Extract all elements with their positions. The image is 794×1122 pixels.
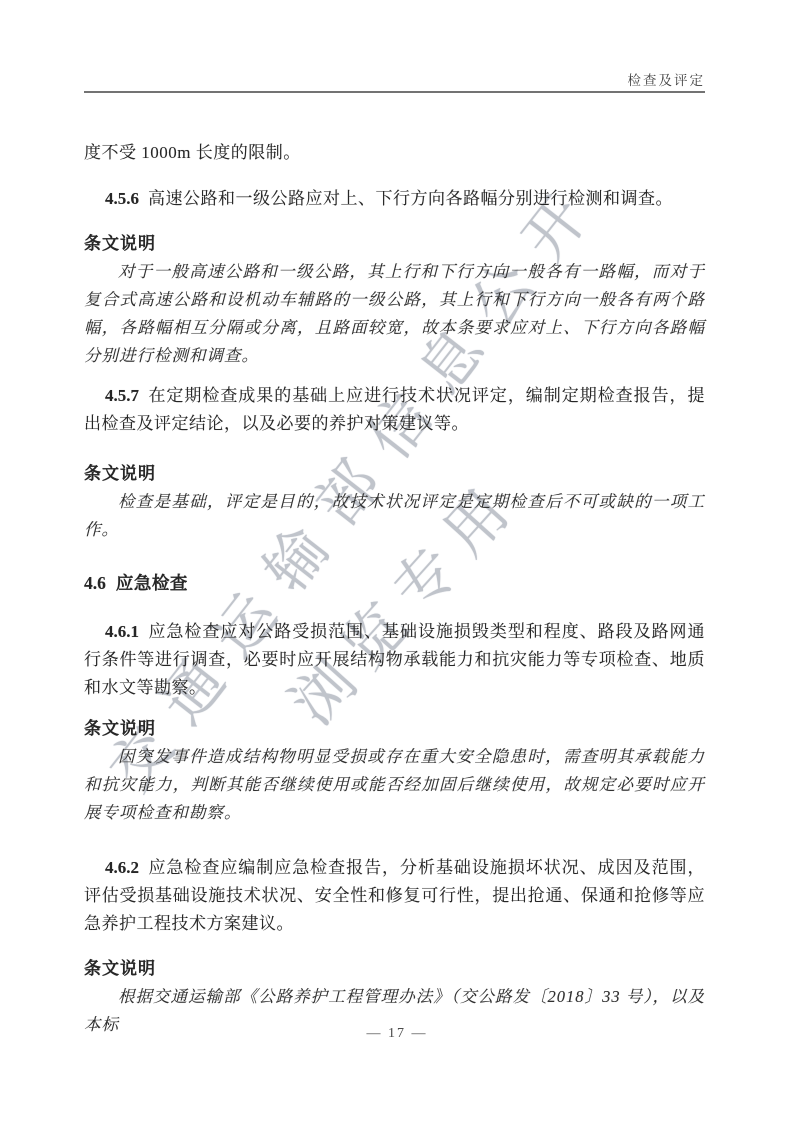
document-page: 交通运输部信息公开 浏览专用 检查及评定 度不受 1000m 长度的限制。 4.… (0, 0, 794, 1122)
paragraph-continuation: 度不受 1000m 长度的限制。 (84, 139, 705, 167)
section-4-6-number: 4.6 (84, 573, 106, 593)
note-text-2: 检查是基础，评定是目的，故技术状况评定是定期检查后不可或缺的一项工作。 (84, 488, 705, 544)
note-label-2: 条文说明 (84, 460, 705, 488)
clause-4-5-7: 4.5.7在定期检查成果的基础上应进行技术状况评定，编制定期检查报告，提出检查及… (84, 382, 705, 438)
clause-4-6-1-number: 4.6.1 (105, 622, 139, 641)
section-heading-4-6: 4.6应急检查 (84, 569, 705, 597)
clause-4-5-7-text: 在定期检查成果的基础上应进行技术状况评定，编制定期检查报告，提出检查及评定结论，… (84, 386, 705, 433)
note-label-3: 条文说明 (84, 715, 705, 743)
section-4-6-title: 应急检查 (116, 573, 188, 593)
clause-4-5-6-text: 高速公路和一级公路应对上、下行方向各路幅分别进行检测和调查。 (148, 189, 673, 208)
running-header-title: 检查及评定 (628, 73, 706, 88)
clause-4-6-1: 4.6.1应急检查应对公路受损范围、基础设施损毁类型和程度、路段及路网通行条件等… (84, 618, 705, 702)
page-content: 检查及评定 度不受 1000m 长度的限制。 4.5.6高速公路和一级公路应对上… (84, 73, 705, 1039)
clause-4-5-6-number: 4.5.6 (105, 189, 139, 208)
clause-4-6-2-number: 4.6.2 (105, 858, 139, 877)
clause-4-5-7-number: 4.5.7 (105, 386, 139, 405)
clause-4-6-2-text: 应急检查应编制应急检查报告，分析基础设施损坏状况、成因及范围，评估受损基础设施技… (84, 858, 705, 933)
note-text-1: 对于一般高速公路和一级公路，其上行和下行方向一般各有一路幅，而对于复合式高速公路… (84, 258, 705, 370)
running-header: 检查及评定 (84, 73, 705, 93)
clause-4-6-1-text: 应急检查应对公路受损范围、基础设施损毁类型和程度、路段及路网通行条件等进行调查，… (84, 622, 705, 697)
clause-4-6-2: 4.6.2应急检查应编制应急检查报告，分析基础设施损坏状况、成因及范围，评估受损… (84, 854, 705, 938)
note-text-3: 因突发事件造成结构物明显受损或存在重大安全隐患时，需查明其承载能力和抗灾能力，判… (84, 743, 705, 827)
clause-4-5-6: 4.5.6高速公路和一级公路应对上、下行方向各路幅分别进行检测和调查。 (84, 185, 705, 213)
note-label-1: 条文说明 (84, 230, 705, 258)
page-number: — 17 — (0, 1026, 794, 1042)
note-label-4: 条文说明 (84, 955, 705, 983)
